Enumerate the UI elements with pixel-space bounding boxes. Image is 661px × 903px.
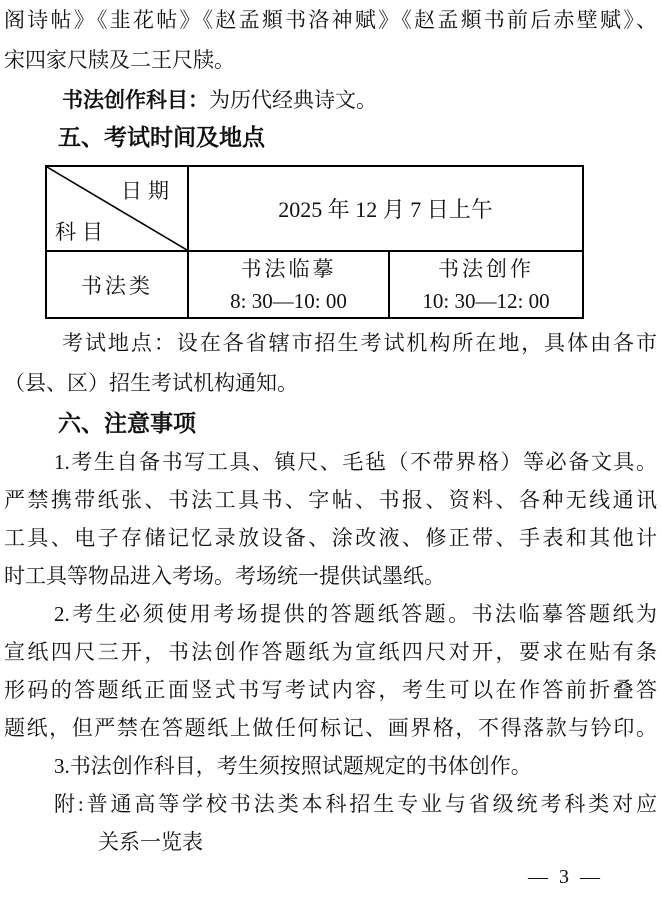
table-session2-cell: 书法创作 10: 30—12: 00 (388, 252, 582, 317)
session2-name: 书法创作 (438, 253, 534, 285)
table-date-cell: 2025 年 12 月 7 日上午 (187, 167, 582, 250)
note2-line: 2.考生必须使用考场提供的答题纸答题。书法临摹答题纸为 (4, 595, 657, 633)
note3-line: 3.书法创作科目，考生须按照试题规定的书体创作。 (4, 747, 657, 785)
creation-subject-line: 书法创作科目：为历代经典诗文。 (4, 80, 657, 120)
intro-line: 阁诗帖》《韭花帖》《赵孟頫书洛神赋》《赵孟頫书前后赤壁赋》、 (4, 0, 657, 40)
table-header-row: 日期 科目 2025 年 12 月 7 日上午 (47, 167, 582, 250)
corner-date-label: 日期 (121, 175, 175, 205)
creation-subject-text: 为历代经典诗文。 (209, 88, 377, 112)
appendix-line: 附:普通高等学校书法类本科招生专业与省级统考科类对应 (4, 785, 657, 823)
note1-line: 时工具等物品进入考场。考场统一提供试墨纸。 (4, 557, 657, 595)
note1-line: 1.考生自备书写工具、镇尺、毛毡（不带界格）等必备文具。 (4, 443, 657, 481)
exam-schedule-table: 日期 科目 2025 年 12 月 7 日上午 书法类 书法临摹 8: 30—1… (45, 165, 584, 319)
document-page: 阁诗帖》《韭花帖》《赵孟頫书洛神赋》《赵孟頫书前后赤壁赋》、 宋四家尺牍及二王尺… (0, 0, 661, 903)
table-row: 书法类 书法临摹 8: 30—10: 00 书法创作 10: 30—12: 00 (47, 250, 582, 317)
session2-time: 10: 30—12: 00 (422, 285, 549, 317)
session1-time: 8: 30—10: 00 (230, 285, 347, 317)
intro-line: 宋四家尺牍及二王尺牍。 (4, 40, 657, 80)
note1-line: 严禁携带纸张、书法工具书、字帖、书报、资料、各种无线通讯 (4, 481, 657, 519)
table-corner-cell: 日期 科目 (47, 167, 187, 250)
note2-line: 宣纸四尺三开，书法创作答题纸为宣纸四尺对开，要求在贴有条 (4, 633, 657, 671)
location-line: 考试地点：设在各省辖市招生考试机构所在地，具体由各市 (4, 323, 657, 363)
corner-subject-label: 科目 (55, 216, 109, 246)
section5-heading: 五、考试时间及地点 (4, 120, 657, 157)
table-category-cell: 书法类 (47, 252, 187, 317)
creation-subject-label: 书法创作科目： (62, 88, 209, 112)
note1-line: 工具、电子存储记忆录放设备、涂改液、修正带、手表和其他计 (4, 519, 657, 557)
session1-name: 书法临摹 (241, 253, 337, 285)
page-number: — 3 — (528, 866, 603, 889)
location-line: （县、区）招生考试机构通知。 (4, 363, 657, 403)
appendix-line: 关系一览表 (4, 823, 657, 861)
note2-line: 题纸，但严禁在答题纸上做任何标记、画界格，不得落款与钤印。 (4, 709, 657, 747)
section6-heading: 六、注意事项 (4, 403, 657, 443)
table-session1-cell: 书法临摹 8: 30—10: 00 (187, 252, 388, 317)
note2-line: 形码的答题纸正面竖式书写考试内容，考生可以在作答前折叠答 (4, 671, 657, 709)
